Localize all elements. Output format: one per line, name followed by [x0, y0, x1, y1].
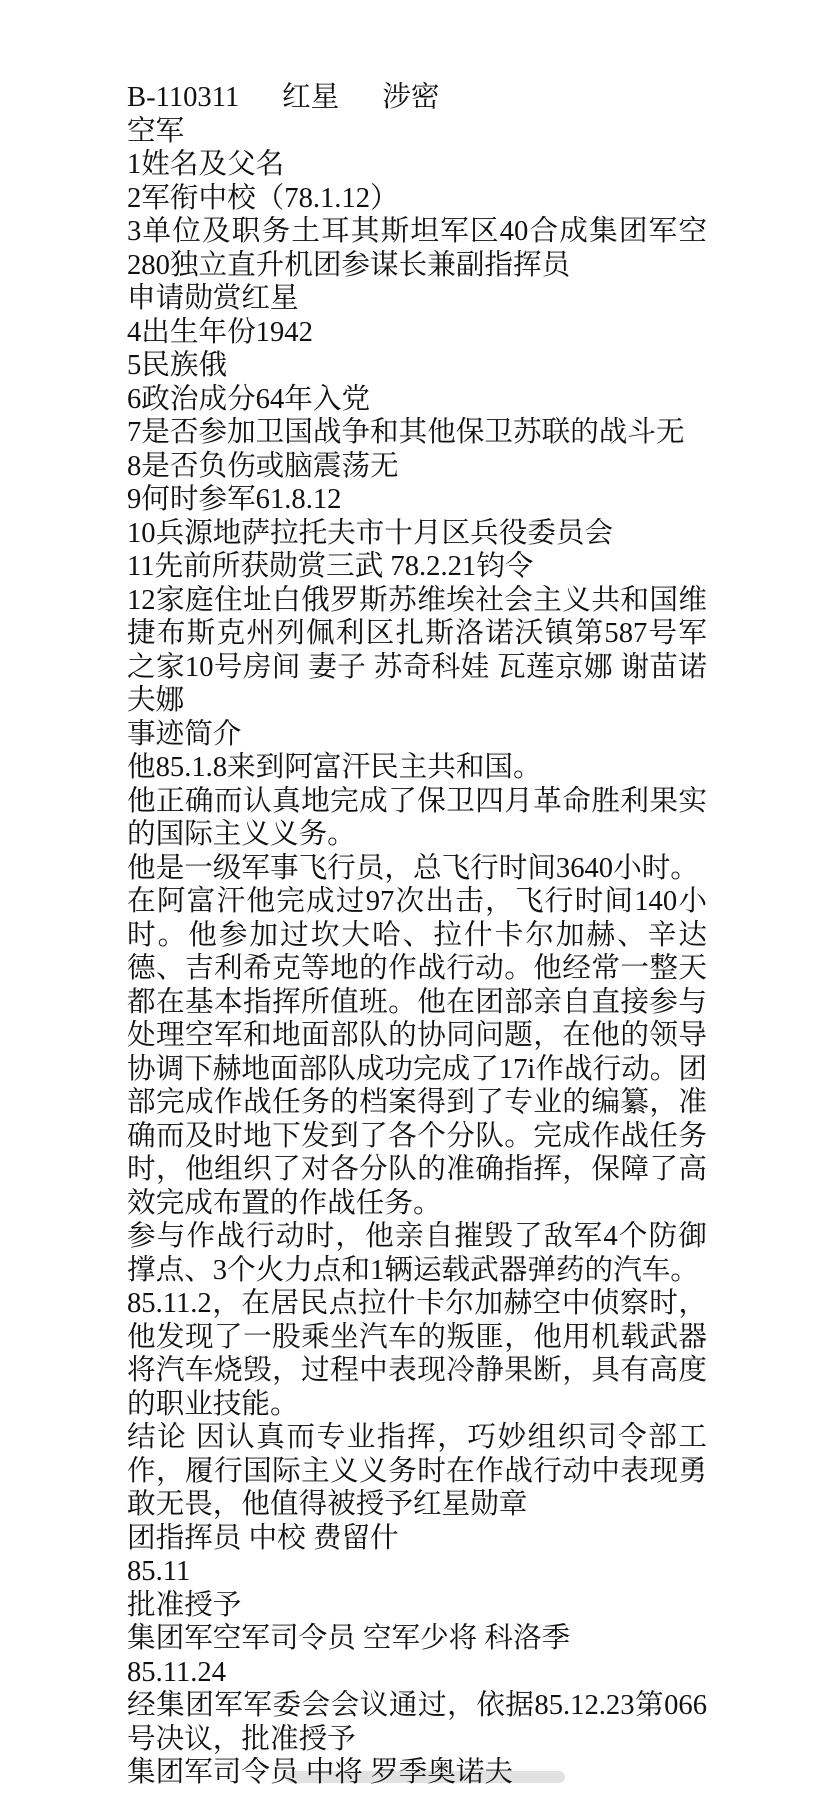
summary-paragraph-4-cont: 时。他参加过坎大哈、拉什卡尔加赫、辛达 — [127, 919, 707, 953]
field-12-address-cont-1: 捷布斯克州列佩利区扎斯洛诺沃镇第587号军官 — [127, 617, 707, 651]
summary-paragraph-5-end: 撑点、3个火力点和1辆运载武器弹药的汽车。 — [127, 1254, 707, 1288]
branch-line: 空军 — [127, 115, 707, 149]
signature-date-1: 85.11 — [127, 1555, 707, 1589]
field-2-rank: 2军衔中校（78.1.12） — [127, 182, 707, 216]
summary-paragraph-2-cont: 的国际主义义务。 — [127, 818, 707, 852]
field-3-unit-cont: 280独立直升机团参谋长兼副指挥员 — [127, 249, 707, 283]
summary-paragraph-4-cont: 德、吉利希克等地的作战行动。他经常一整天 — [127, 952, 707, 986]
summary-paragraph-5: 参与作战行动时，他亲自摧毁了敌军4个防御支 — [127, 1220, 707, 1254]
approval-1: 批准授予 — [127, 1589, 707, 1623]
field-1-name: 1姓名及父名 — [127, 148, 707, 182]
signature-army-commander: 集团军司令员 中将 罗季奥诺夫 — [127, 1756, 707, 1790]
summary-paragraph-4-cont: 都在基本指挥所值班。他在团部亲自直接参与 — [127, 986, 707, 1020]
summary-paragraph-4-cont: 确而及时地下发到了各个分队。完成作战任务 — [127, 1120, 707, 1154]
conclusion: 结论 因认真而专业指挥，巧妙组织司令部工 — [127, 1421, 707, 1455]
council-decision-cont: 号决议，批准授予 — [127, 1723, 707, 1757]
summary-paragraph-3: 他是一级军事飞行员，总飞行时间3640小时。 — [127, 852, 707, 886]
summary-heading: 事迹简介 — [127, 718, 707, 752]
document-page: B-110311 红星 涉密 空军 1姓名及父名 2军衔中校（78.1.12） … — [127, 81, 707, 1790]
field-6-party: 6政治成分64年入党 — [127, 383, 707, 417]
signature-date-2: 85.11.24 — [127, 1656, 707, 1690]
field-12-address-cont-2: 之家10号房间 妻子 苏奇科娃 瓦莲京娜 谢苗诺 — [127, 651, 707, 685]
summary-paragraph-4: 在阿富汗他完成过97次出击，飞行时间140小 — [127, 885, 707, 919]
field-9-enlisted: 9何时参军61.8.12 — [127, 483, 707, 517]
conclusion-cont: 作，履行国际主义义务时在作战行动中表现勇 — [127, 1455, 707, 1489]
summary-paragraph-2: 他正确而认真地完成了保卫四月革命胜利果实 — [127, 785, 707, 819]
summary-paragraph-4-cont: 协调下赫地面部队成功完成了17i作战行动。团 — [127, 1053, 707, 1087]
council-decision: 经集团军军委会会议通过，依据85.12.23第066 — [127, 1689, 707, 1723]
summary-paragraph-4-end: 效完成布置的作战任务。 — [127, 1187, 707, 1221]
field-3-unit: 3单位及职务土耳其斯坦军区40合成集团军空军 — [127, 215, 707, 249]
signature-regiment-commander: 团指挥员 中校 费留什 — [127, 1522, 707, 1556]
field-12-address-cont-3: 夫娜 — [127, 684, 707, 718]
award-request: 申请勋赏红星 — [127, 282, 707, 316]
summary-paragraph-4-cont: 处理空军和地面部队的协同问题，在他的领导 — [127, 1019, 707, 1053]
summary-paragraph-6-cont: 将汽车烧毁，过程中表现冷静果断，具有高度 — [127, 1354, 707, 1388]
field-5-nationality: 5民族俄 — [127, 349, 707, 383]
field-10-origin: 10兵源地萨拉托夫市十月区兵役委员会 — [127, 517, 707, 551]
summary-paragraph-6-cont: 他发现了一股乘坐汽车的叛匪，他用机载武器 — [127, 1321, 707, 1355]
summary-paragraph-4-cont: 时，他组织了对各分队的准确指挥，保障了高 — [127, 1153, 707, 1187]
summary-paragraph-4-cont: 部完成作战任务的档案得到了专业的编纂，准 — [127, 1086, 707, 1120]
field-11-prior-awards: 11先前所获勋赏三武 78.2.21钧令 — [127, 550, 707, 584]
field-4-birth-year: 4出生年份1942 — [127, 316, 707, 350]
field-7-ww2: 7是否参加卫国战争和其他保卫苏联的战斗无 — [127, 416, 707, 450]
summary-paragraph-6-end: 的职业技能。 — [127, 1388, 707, 1422]
signature-air-force-commander: 集团军空军司令员 空军少将 科洛季 — [127, 1622, 707, 1656]
field-12-address: 12家庭住址白俄罗斯苏维埃社会主义共和国维 — [127, 584, 707, 618]
header-line: B-110311 红星 涉密 — [127, 81, 707, 115]
summary-paragraph-1: 他85.1.8来到阿富汗民主共和国。 — [127, 751, 707, 785]
field-8-wounds: 8是否负伤或脑震荡无 — [127, 450, 707, 484]
conclusion-end: 敢无畏，他值得被授予红星勋章 — [127, 1488, 707, 1522]
summary-paragraph-6: 85.11.2，在居民点拉什卡尔加赫空中侦察时， — [127, 1287, 707, 1321]
